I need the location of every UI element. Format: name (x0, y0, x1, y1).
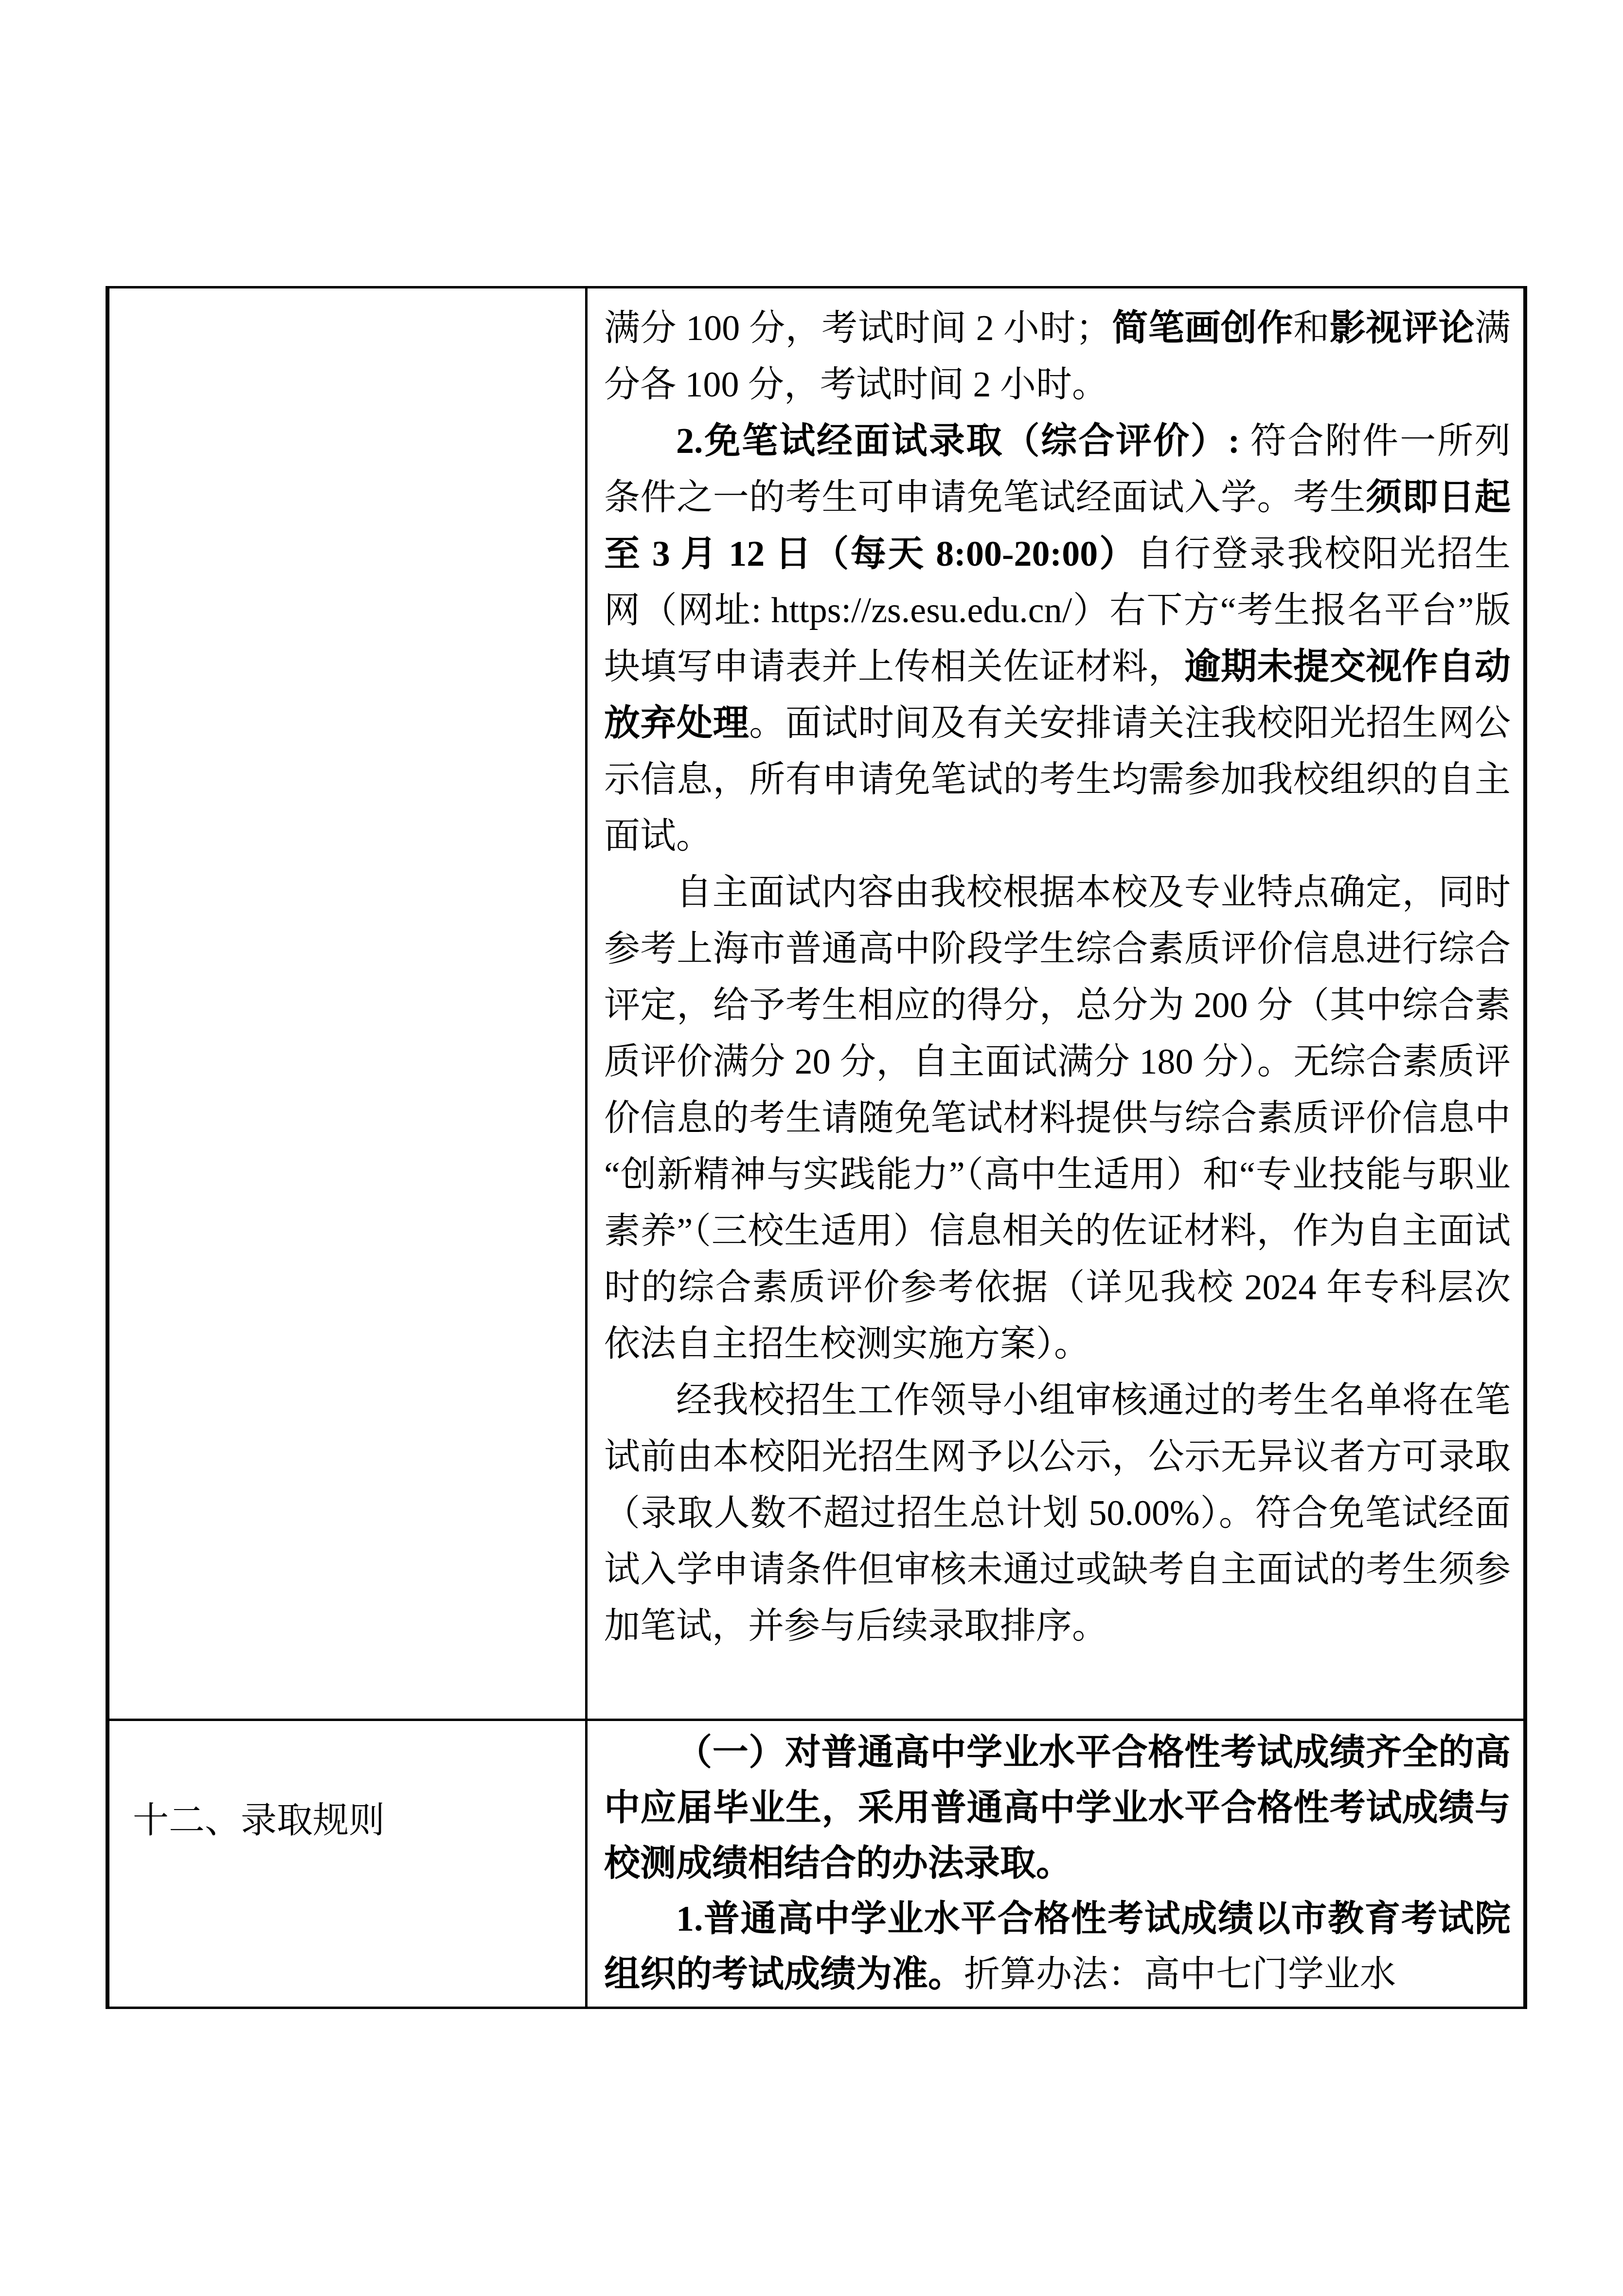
admissions-rules-table: 满分 100 分，考试时间 2 小时；简笔画创作和影视评论满分各 100 分，考… (106, 286, 1527, 2009)
text-run: 自主面试内容由我校根据本校及专业特点确定，同时参考上海市普通高中阶段学生综合素质… (604, 873, 1511, 1364)
row-content-cell: （一）对普通高中学业水平合格性考试成绩齐全的高中应届毕业生，采用普通高中学业水平… (588, 1721, 1523, 2007)
table-row: 满分 100 分，考试时间 2 小时；简笔画创作和影视评论满分各 100 分，考… (109, 288, 1523, 1721)
row-label: 十二、录取规则 (133, 1801, 385, 1841)
table-row: 十二、录取规则 （一）对普通高中学业水平合格性考试成绩齐全的高中应届毕业生，采用… (109, 1721, 1523, 2007)
paragraph: 经我校招生工作领导小组审核通过的考生名单将在笔试前由本校阳光招生网予以公示，公示… (604, 1372, 1511, 1654)
document-page: 满分 100 分，考试时间 2 小时；简笔画创作和影视评论满分各 100 分，考… (0, 0, 1623, 2296)
bold-text-run: 简笔画创作 (1112, 308, 1293, 348)
row-label-cell (109, 288, 588, 1719)
row-content-cell: 满分 100 分，考试时间 2 小时；简笔画创作和影视评论满分各 100 分，考… (588, 288, 1523, 1719)
paragraph: 2.免笔试经面试录取（综合评价）: 符合附件一所列条件之一的考生可申请免笔试经面… (604, 413, 1511, 864)
text-run: 和 (1293, 308, 1330, 348)
bold-text-run: 2.免笔试经面试录取（综合评价）: (676, 421, 1250, 461)
bold-text-run: （一）对普通高中学业水平合格性考试成绩齐全的高中应届毕业生，采用普通高中学业水平… (604, 1733, 1511, 1883)
text-run: 折算办法：高中七门学业水 (964, 1955, 1396, 1994)
paragraph: 1.普通高中学业水平合格性考试成绩以市教育考试院组织的考试成绩为准。折算办法：高… (604, 1891, 1511, 2002)
paragraph: （一）对普通高中学业水平合格性考试成绩齐全的高中应届毕业生，采用普通高中学业水平… (604, 1725, 1511, 1891)
text-run: 经我校招生工作领导小组审核通过的考生名单将在笔试前由本校阳光招生网予以公示，公示… (604, 1381, 1511, 1646)
paragraph: 自主面试内容由我校根据本校及专业特点确定，同时参考上海市普通高中阶段学生综合素质… (604, 864, 1511, 1372)
bold-text-run: 影视评论 (1330, 308, 1475, 348)
row-label-cell: 十二、录取规则 (109, 1721, 588, 2007)
text-run: 满分 100 分，考试时间 2 小时； (604, 308, 1112, 348)
paragraph: 满分 100 分，考试时间 2 小时；简笔画创作和影视评论满分各 100 分，考… (604, 300, 1511, 413)
